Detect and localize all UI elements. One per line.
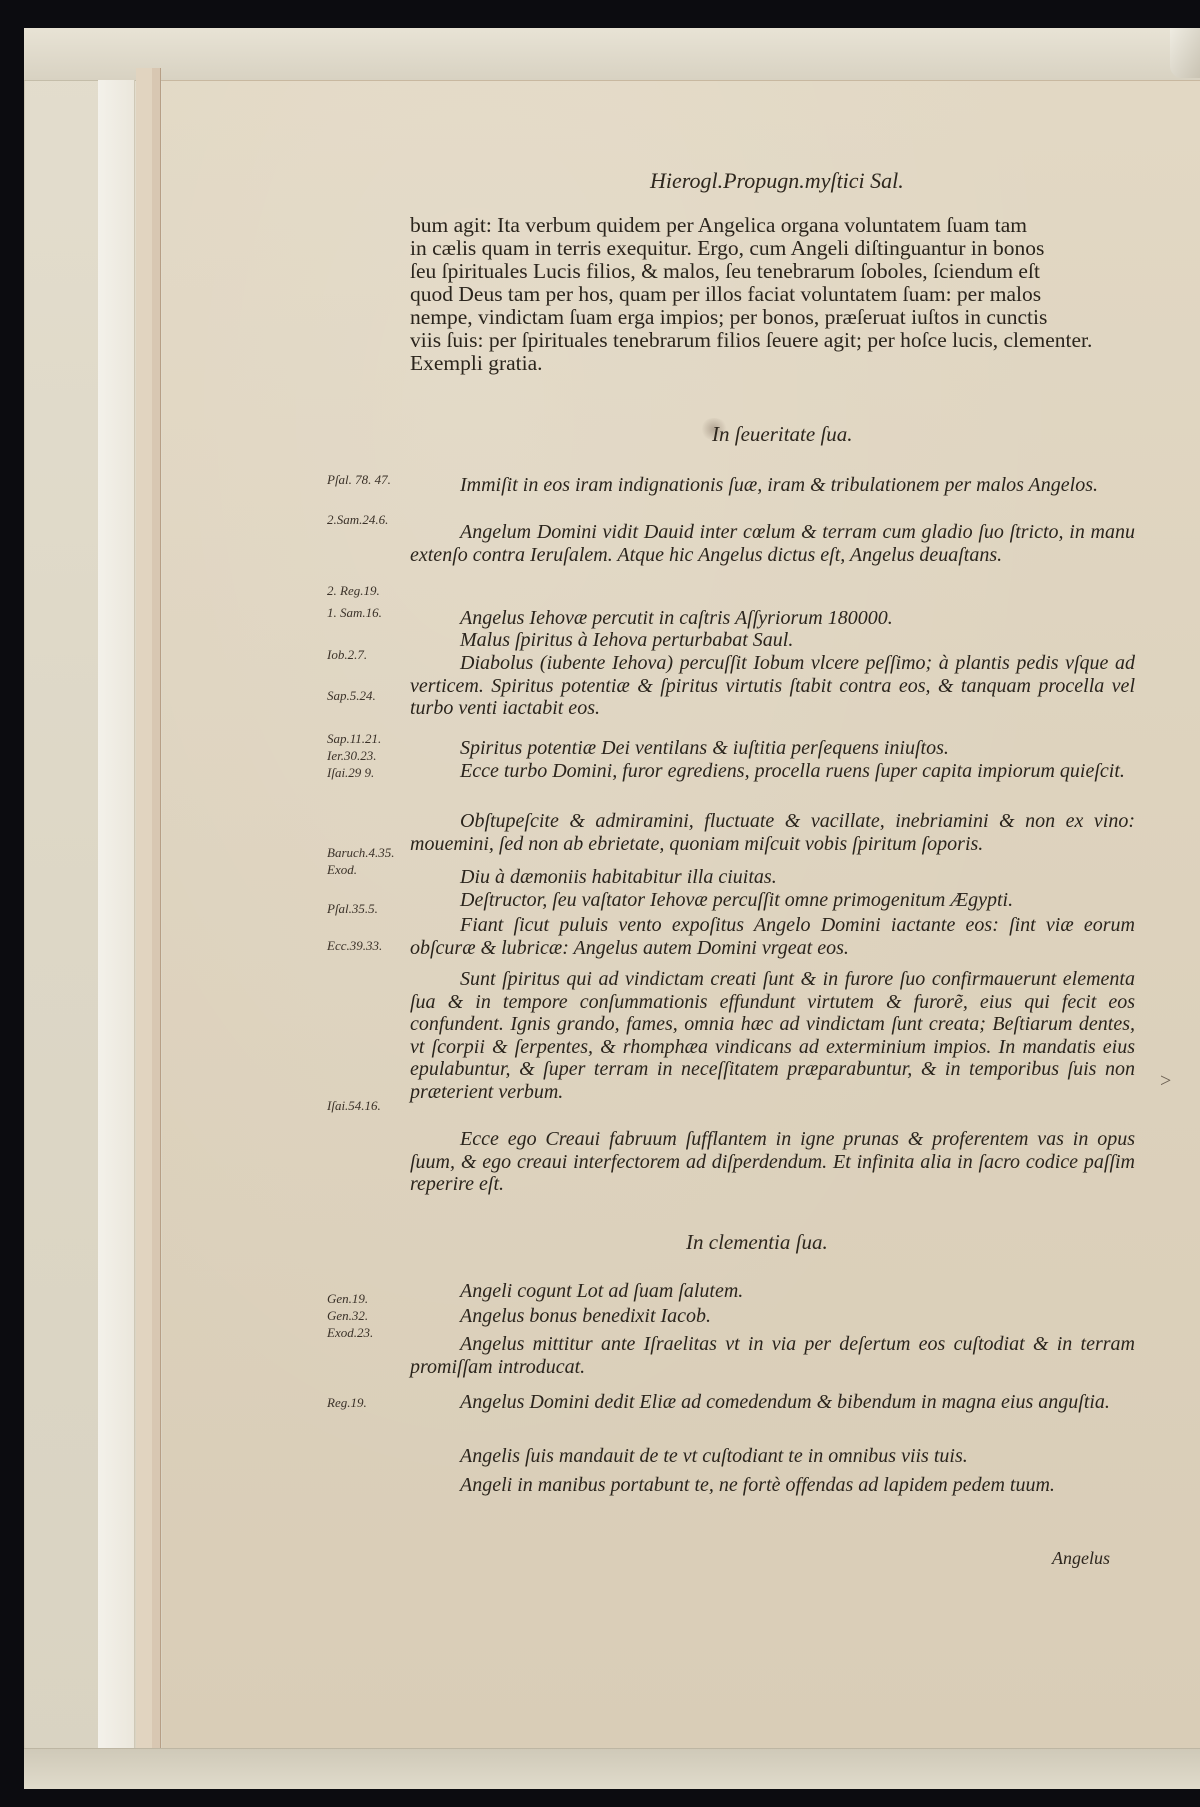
sleeve-bottom-fold (24, 1748, 1200, 1789)
scripture-entry: Ecce ego Creaui fabruum ſufflantem in ig… (410, 1128, 1135, 1196)
scripture-entry: Ecce turbo Domini, furor egrediens, proc… (410, 760, 1135, 783)
margin-reference: Baruch.4.35. (327, 845, 395, 861)
scripture-entry: Sunt ſpiritus qui ad vindictam creati ſu… (410, 968, 1135, 1103)
scripture-entry: Angelus mittitur ante Iſraelitas vt in v… (410, 1333, 1135, 1378)
margin-reference: Ier.30.23. (327, 748, 376, 764)
margin-reference: Reg.19. (327, 1395, 367, 1411)
section-heading-clemency: In clementia ſua. (686, 1230, 828, 1255)
margin-reference: 2. Reg.19. (327, 583, 380, 599)
scripture-entry: Angelum Domini vidit Dauid inter cœlum &… (410, 521, 1135, 566)
intro-paragraph: bum agit: Ita verbum quidem per Angelica… (410, 214, 1135, 375)
inner-white-strip (98, 80, 135, 1748)
intro-line: in cælis quam in terris exequitur. Ergo,… (410, 237, 1135, 260)
margin-reference: Gen.19. (327, 1291, 368, 1307)
margin-reference: Pſal. 78. 47. (327, 472, 391, 488)
margin-reference: Iſai.29 9. (327, 765, 374, 781)
scripture-entry: Fiant ſicut puluis vento expoſitus Angel… (410, 914, 1135, 959)
margin-reference: Exod.23. (327, 1325, 373, 1341)
section-heading-severity: In ſeueritate ſua. (712, 422, 853, 447)
scripture-entry: Angelus Domini dedit Eliæ ad comedendum … (410, 1391, 1135, 1414)
margin-reference: 1. Sam.16. (327, 605, 382, 621)
sleeve-top-fold (24, 28, 1200, 81)
scripture-entry: Malus ſpiritus à Iehova perturbabat Saul… (410, 629, 1135, 652)
scripture-entry: Obſtupeſcite & admiramini, fluctuate & v… (410, 810, 1135, 855)
sleeve-torn-corner (1170, 28, 1200, 78)
scripture-entry: Diabolus (iubente Iehova) percuſſit Iobu… (410, 652, 1135, 720)
stacked-leaf-edge (152, 68, 161, 1748)
scripture-entry: Deſtructor, ſeu vaſtator Iehovæ percuſſi… (410, 889, 1135, 912)
scripture-entry: Diu à dæmoniis habitabitur illa ciuitas. (410, 866, 1135, 889)
scripture-entry: Spiritus potentiæ Dei ventilans & iuſtit… (410, 737, 1135, 760)
intro-line: quod Deus tam per hos, quam per illos fa… (410, 283, 1135, 306)
catchword: Angelus (1052, 1548, 1110, 1569)
margin-reference: Iſai.54.16. (327, 1098, 381, 1114)
intro-line: nempe, vindictam ſuam erga impios; per b… (410, 306, 1135, 329)
scripture-entry: Angeli cogunt Lot ad ſuam ſalutem. (410, 1280, 1135, 1303)
intro-line: viis ſuis: per ſpirituales tenebrarum fi… (410, 329, 1135, 352)
scripture-entry: Angeli in manibus portabunt te, ne fortè… (410, 1474, 1135, 1497)
margin-reference: Pſal.35.5. (327, 901, 378, 917)
margin-reference: Exod. (327, 862, 357, 878)
intro-line: bum agit: Ita verbum quidem per Angelica… (410, 214, 1135, 237)
margin-reference: Sap.5.24. (327, 688, 376, 704)
scripture-entry: Angelus Iehovæ percutit in caſtris Aſſyr… (410, 607, 1135, 630)
margin-reference: 2.Sam.24.6. (327, 512, 388, 528)
margin-reference: Ecc.39.33. (327, 938, 382, 954)
intro-line: ſeu ſpirituales Lucis filios, & malos, ſ… (410, 260, 1135, 283)
scripture-entry: Angelus bonus benedixit Iacob. (410, 1305, 1135, 1328)
scripture-entry: Immiſit in eos iram indignationis ſuæ, i… (410, 474, 1135, 497)
intro-line: Exempli gratia. (410, 352, 1135, 375)
margin-reference: Sap.11.21. (327, 731, 381, 747)
scripture-entry: Angelis ſuis mandauit de te vt cuſtodian… (410, 1445, 1135, 1468)
margin-mark: > (1160, 1070, 1171, 1093)
margin-reference: Iob.2.7. (327, 647, 367, 663)
running-head: Hierogl.Propugn.myſtici Sal. (650, 168, 904, 194)
margin-reference: Gen.32. (327, 1308, 368, 1324)
